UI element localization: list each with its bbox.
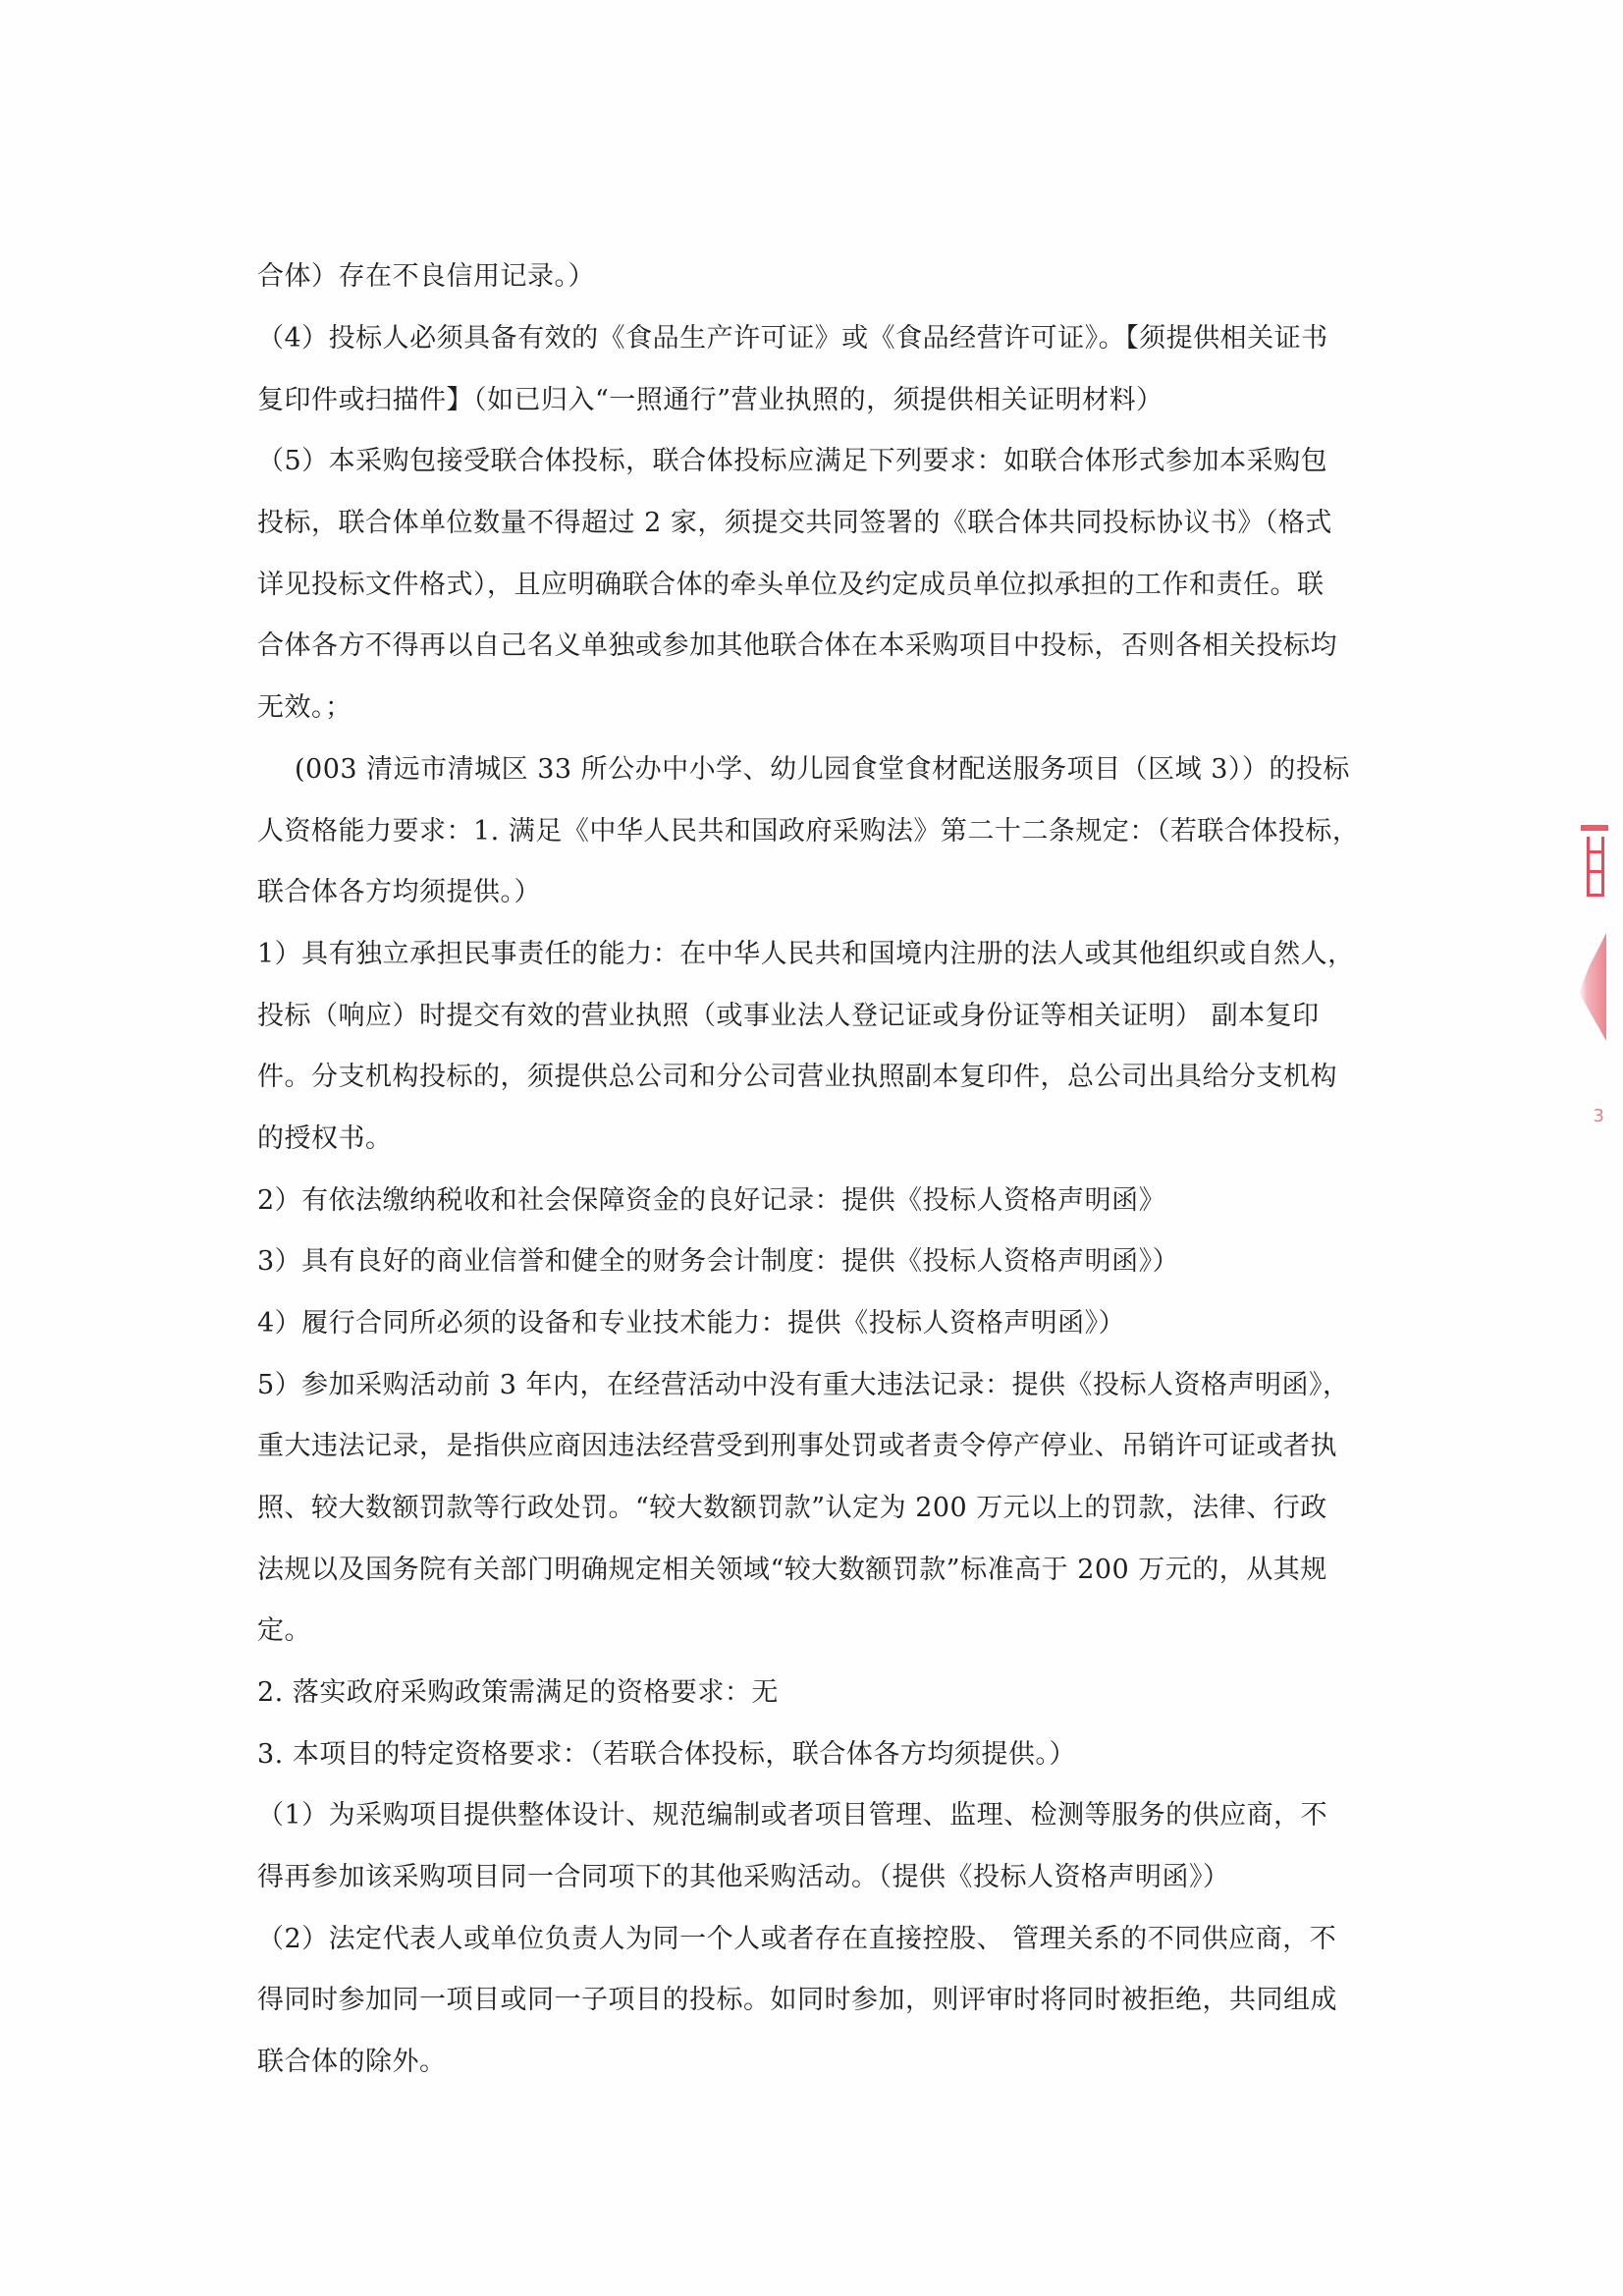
text-line: 定。 — [257, 1612, 311, 1651]
text-line: 件。分支机构投标的，须提供总公司和分公司营业执照副本复印件，总公司出具给分支机构 — [257, 1058, 1337, 1097]
text-line: 得同时参加同一项目或同一子项目的投标。如同时参加，则评审时将同时被拒绝，共同组成 — [257, 1981, 1337, 2020]
seal-glyph-icon — [1587, 837, 1604, 897]
text-line: 照、较大数额罚款等行政处罚。“较大数额罚款”认定为 200 万元以上的罚款，法律… — [257, 1489, 1327, 1528]
text-line: 3）具有良好的商业信誉和健全的财务会计制度：提供《投标人资格声明函》） — [257, 1242, 1179, 1282]
text-line: 投标，联合体单位数量不得超过 2 家，须提交共同签署的《联合体共同投标协议书》（… — [257, 504, 1332, 543]
text-line: 4）履行合同所必须的设备和专业技术能力：提供《投标人资格声明函》） — [257, 1304, 1125, 1343]
text-line: 3. 本项目的特定资格要求：（若联合体投标，联合体各方均须提供。） — [257, 1735, 1076, 1775]
text-line: 2. 落实政府采购政策需满足的资格要求：无 — [257, 1673, 779, 1713]
text-line: 联合体的除外。 — [257, 2043, 447, 2082]
seal-fragment-top — [1569, 825, 1608, 903]
text-line: （4）投标人必须具备有效的《食品生产许可证》或《食品经营许可证》。【须提供相关证… — [257, 319, 1328, 358]
text-line: （1）为采购项目提供整体设计、规范编制或者项目管理、监理、检测等服务的供应商，不 — [257, 1796, 1327, 1835]
text-line: 合体）存在不良信用记录。） — [257, 257, 595, 297]
text-line: 联合体各方均须提供。） — [257, 873, 541, 912]
text-line: 详见投标文件格式），且应明确联合体的牵头单位及约定成员单位拟承担的工作和责任。联 — [257, 566, 1325, 605]
text-line: (003 清远市清城区 33 所公办中小学、幼儿园食堂食材配送服务项目（区域 3… — [295, 750, 1350, 790]
text-line: 合体各方不得再以自己名义单独或参加其他联合体在本采购项目中投标，否则各相关投标均 — [257, 627, 1337, 666]
seal-fragment-middle — [1579, 933, 1606, 1041]
text-line: 人资格能力要求：1. 满足《中华人民共和国政府采购法》第二十二条规定：（若联合体… — [257, 812, 1359, 851]
text-line: （2）法定代表人或单位负责人为同一个人或者存在直接控股、 管理关系的不同供应商，… — [257, 1920, 1336, 1959]
text-line: 得再参加该采购项目同一合同项下的其他采购活动。（提供《投标人资格声明函》） — [257, 1858, 1230, 1897]
text-line: 复印件或扫描件】（如已归入“一照通行”营业执照的，须提供相关证明材料） — [257, 381, 1163, 420]
text-line: 5）参加采购活动前 3 年内，在经营活动中没有重大违法记录：提供《投标人资格声明… — [257, 1366, 1350, 1405]
text-line: 重大违法记录，是指供应商因违法经营受到刑事处罚或者责令停产停业、吊销许可证或者执 — [257, 1427, 1337, 1466]
text-line: 1）具有独立承担民事责任的能力：在中华人民共和国境内注册的法人或其他组织或自然人… — [257, 935, 1355, 974]
document-page: 合体）存在不良信用记录。） （4）投标人必须具备有效的《食品生产许可证》或《食品… — [0, 0, 1623, 2296]
text-line: 2）有依法缴纳税收和社会保障资金的良好记录：提供《投标人资格声明函》 — [257, 1181, 1165, 1221]
text-line: 的授权书。 — [257, 1120, 393, 1159]
text-line: 投标（响应）时提交有效的营业执照（或事业法人登记证或身份证等相关证明） 副本复印 — [257, 997, 1320, 1036]
seal-fragment-bottom: 3 — [1575, 1110, 1604, 1139]
text-line: 无效。； — [257, 688, 352, 728]
text-line: （5）本采购包接受联合体投标，联合体投标应满足下列要求：如联合体形式参加本采购包 — [257, 442, 1327, 481]
seal-bar-icon — [1581, 825, 1608, 831]
text-line: 法规以及国务院有关部门明确规定相关领域“较大数额罚款”标准高于 200 万元的，… — [257, 1551, 1327, 1590]
